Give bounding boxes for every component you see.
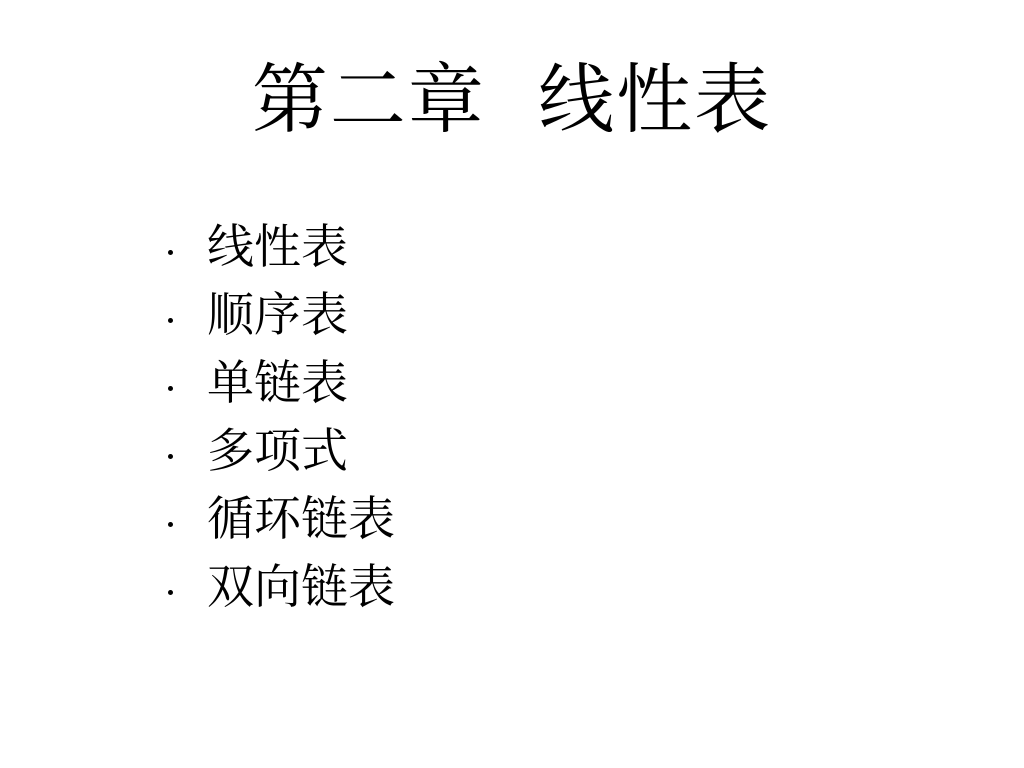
bullet-list: 线性表 顺序表 单链表 多项式 循环链表 双向链表 bbox=[168, 214, 395, 622]
bullet-item: 顺序表 bbox=[168, 282, 395, 350]
bullet-dot-icon bbox=[168, 454, 173, 459]
slide-title: 第二章 线性表 bbox=[0, 58, 1024, 142]
bullet-item: 双向链表 bbox=[168, 554, 395, 622]
bullet-text: 单链表 bbox=[207, 356, 348, 412]
bullet-item: 循环链表 bbox=[168, 486, 395, 554]
bullet-text: 线性表 bbox=[207, 220, 348, 276]
bullet-text: 顺序表 bbox=[207, 288, 348, 344]
bullet-text: 多项式 bbox=[207, 424, 348, 480]
bullet-item: 单链表 bbox=[168, 350, 395, 418]
bullet-dot-icon bbox=[168, 590, 173, 595]
bullet-dot-icon bbox=[168, 250, 173, 255]
bullet-dot-icon bbox=[168, 318, 173, 323]
bullet-text: 双向链表 bbox=[207, 560, 395, 616]
bullet-text: 循环链表 bbox=[207, 492, 395, 548]
bullet-dot-icon bbox=[168, 386, 173, 391]
bullet-dot-icon bbox=[168, 522, 173, 527]
bullet-item: 线性表 bbox=[168, 214, 395, 282]
bullet-item: 多项式 bbox=[168, 418, 395, 486]
